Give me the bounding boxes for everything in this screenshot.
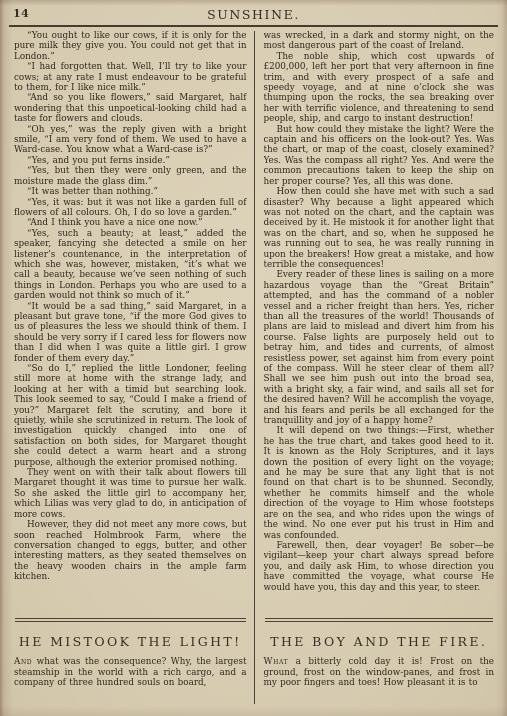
paragraph: It will depend on two things:—First, whe… <box>264 426 495 540</box>
header-rule <box>9 25 498 27</box>
paragraph: Every reader of these lines is sailing o… <box>264 270 495 426</box>
section-divider <box>265 618 494 622</box>
section-title-he-mistook-the-light: HE MISTOOK THE LIGHT! <box>14 634 247 649</box>
paragraph: “It was better than nothing.” <box>14 187 247 197</box>
lead-word: And <box>14 657 32 667</box>
paragraph: The noble ship, which cost upwards of £2… <box>264 52 495 125</box>
section-divider <box>15 618 246 622</box>
section-paragraph-text: a bitterly cold day it is! Frost on the … <box>264 657 495 688</box>
paragraph: “And I think you have a nice one now.” <box>14 218 247 228</box>
page-title: SUNSHINE. <box>0 7 507 22</box>
paragraph: “And so you like flowers,” said Margaret… <box>14 93 247 124</box>
paragraph: “So do I,” replied the little Londoner, … <box>14 364 247 468</box>
section-title-the-boy-and-the-fire: THE BOY AND THE FIRE. <box>264 634 495 649</box>
paragraph: However, they did not meet any more cows… <box>14 520 247 582</box>
right-column: was wrecked, in a dark and stormy night,… <box>254 31 507 704</box>
paragraph: But how could they mistake the light? We… <box>264 125 495 187</box>
paragraph: “You ought to like our cows, if it is on… <box>14 31 247 62</box>
text-columns: “You ought to like our cows, if it is on… <box>0 31 507 704</box>
paragraph: Farewell, then, dear voyager! Be sober—b… <box>264 541 495 593</box>
section-paragraph: And what was the consequence? Why, the l… <box>14 657 247 689</box>
paragraph: How then could she have met with such a … <box>264 187 495 270</box>
right-column-body: was wrecked, in a dark and stormy night,… <box>264 31 495 609</box>
paragraph: “I had forgotten that. Well, I’ll try to… <box>14 62 247 93</box>
page-number: 14 <box>13 7 29 20</box>
section-paragraph: What a bitterly cold day it is! Frost on… <box>264 657 495 689</box>
left-column-body: “You ought to like our cows, if it is on… <box>14 31 247 609</box>
section-paragraph-text: what was the consequence? Why, the large… <box>14 657 247 688</box>
magazine-page: 14 SUNSHINE. “You ought to like our cows… <box>0 0 507 716</box>
paragraph: “Yes, but then they were only green, and… <box>14 166 247 187</box>
paragraph: “Yes, and you put ferns inside.” <box>14 156 247 166</box>
paragraph: “Yes, it was: but it was not like a gard… <box>14 198 247 219</box>
paragraph: They went on with their talk about flowe… <box>14 468 247 520</box>
paragraph: “Oh yes,” was the reply given with a bri… <box>14 125 247 156</box>
page-header: 14 SUNSHINE. <box>0 0 507 23</box>
left-column: “You ought to like our cows, if it is on… <box>0 31 254 704</box>
paragraph: “Yes, such a beauty; at least,” added th… <box>14 229 247 302</box>
lead-word: What <box>264 657 289 667</box>
paragraph: was wrecked, in a dark and stormy night,… <box>264 31 495 52</box>
paragraph: “It would be a sad thing,” said Margaret… <box>14 302 247 364</box>
